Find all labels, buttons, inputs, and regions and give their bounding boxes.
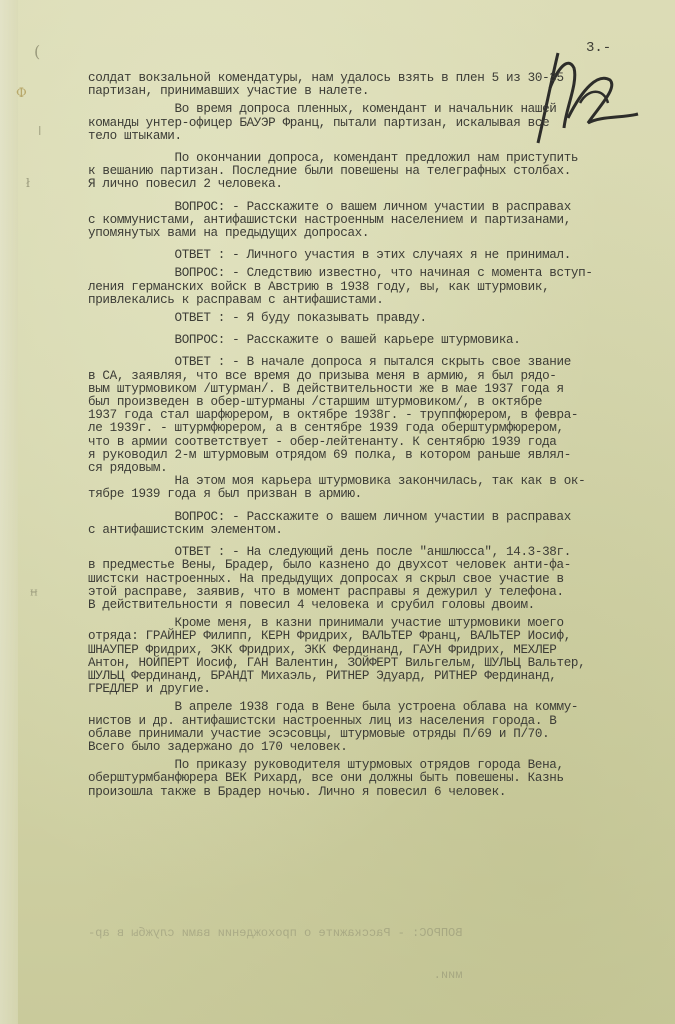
text-line: ОТВЕТ : - В начале допроса я пытался скр…	[88, 356, 668, 369]
text-line: ОТВЕТ : - Личного участия в этих случаях…	[88, 249, 668, 262]
margin-mark: ǀ	[38, 124, 42, 138]
text-line: облаве принимали участие эсэсовцы, штурм…	[88, 728, 668, 741]
text-line: нистов и др. антифашистски настроенных л…	[88, 715, 668, 728]
question-paragraph: ВОПРОС: - Расскажите о вашей карьере шту…	[88, 334, 668, 347]
answer-paragraph: ОТВЕТ : - Я буду показывать правду.	[88, 312, 668, 325]
text-line: Антон, НОЙПЕРТ Иосиф, ГАН Валентин, ЗОЙФ…	[88, 657, 668, 670]
text-line: ОТВЕТ : - Я буду показывать правду.	[88, 312, 668, 325]
text-line: мии.	[88, 968, 462, 982]
paragraph: По окончании допроса, комендант предложи…	[88, 152, 668, 192]
text-line: партизан, принимавших участие в налете.	[88, 85, 668, 98]
text-line: привлекались к расправам с антифашистами…	[88, 294, 668, 307]
answer-paragraph: ОТВЕТ : - В начале допроса я пытался скр…	[88, 356, 668, 475]
text-line: ГРЕДЛЕР и другие.	[88, 683, 668, 696]
text-line: этой расправе, заявив, что в момент расп…	[88, 586, 668, 599]
answer-paragraph: ОТВЕТ : - На следующий день после "аншлю…	[88, 546, 668, 612]
text-line: ВОПРОС: - Расскажите о вашем личном учас…	[88, 201, 668, 214]
text-line: с антифашистским элементом.	[88, 524, 668, 537]
text-line: ШНАУПЕР Фридрих, ЭКК Фридрих, ЭКК Фердин…	[88, 644, 668, 657]
text-line: в предместье Вены, Брадер, было казнено …	[88, 559, 668, 572]
text-line: команды унтер-офицер БАУЭР Франц, пытали…	[88, 117, 668, 130]
text-line: ВОПРОС: - Расскажите о вашей карьере шту…	[88, 334, 668, 347]
text-line: отряда: ГРАЙНЕР Филипп, КЕРН Фридрих, ВА…	[88, 630, 668, 643]
text-line: в СА, заявляя, что все время до призыва …	[88, 370, 668, 383]
text-line: произошла также в Брадер ночью. Лично я …	[88, 786, 668, 799]
question-paragraph: ВОПРОС: - Следствию известно, что начина…	[88, 267, 668, 307]
margin-mark: ł	[26, 176, 30, 190]
document-page: ( Ф ǀ ł ꟸ 3.- солдат вокзальной комендат…	[0, 0, 675, 1024]
text-line: оберштурмбанфюрера ВЕК Рихард, все они д…	[88, 772, 668, 785]
paragraph: солдат вокзальной комендатуры, нам удало…	[88, 72, 668, 98]
text-line: что в армии соответствует - обер-лейтена…	[88, 436, 668, 449]
question-paragraph: ВОПРОС: - Расскажите о вашем личном учас…	[88, 201, 668, 241]
text-line: Всего было задержано до 170 человек.	[88, 741, 668, 754]
text-line: ВОПРОС: - Расскажите о вашем личном учас…	[88, 511, 668, 524]
text-line: В действительности я повесил 4 человека …	[88, 599, 668, 612]
text-line: шистски настроенных. На предыдущих допро…	[88, 573, 668, 586]
text-line: ле 1939г. - штурмфюрером, а в сентябре 1…	[88, 422, 668, 435]
text-line: упомянутых вами на предыдущих допросах.	[88, 227, 668, 240]
bleed-through-text: ВОПРОС: - Расскажите о прохождении вами …	[88, 898, 462, 1010]
text-line: Я лично повесил 2 человека.	[88, 178, 668, 191]
paragraph: В апреле 1938 года в Вене была устроена …	[88, 701, 668, 754]
document-body: солдат вокзальной комендатуры, нам удало…	[88, 72, 668, 799]
text-line: тябре 1939 года я был призван в армию.	[88, 488, 668, 501]
text-line: ления германских войск в Австрию в 1938 …	[88, 281, 668, 294]
paragraph: Во время допроса пленных, комендант и на…	[88, 103, 668, 143]
answer-paragraph: ОТВЕТ : - Личного участия в этих случаях…	[88, 249, 668, 262]
text-line: В апреле 1938 года в Вене была устроена …	[88, 701, 668, 714]
margin-mark: (	[34, 42, 40, 61]
text-line: ВОПРОС: - Следствию известно, что начина…	[88, 267, 668, 280]
paragraph: По приказу руководителя штурмовых отрядо…	[88, 759, 668, 799]
paragraph: Кроме меня, в казни принимали участие шт…	[88, 617, 668, 696]
question-paragraph: ВОПРОС: - Расскажите о вашем личном учас…	[88, 511, 668, 537]
paragraph: На этом моя карьера штурмовика закончила…	[88, 475, 668, 501]
text-line: Во время допроса пленных, комендант и на…	[88, 103, 668, 116]
margin-mark: ꟸ	[30, 588, 38, 604]
text-line: ВОПРОС: - Расскажите о прохождении вами …	[88, 926, 462, 940]
text-line: я руководил 2-м штурмовым отрядом 69 пол…	[88, 449, 668, 462]
paper-edge	[0, 0, 18, 1024]
margin-mark: Ф	[16, 86, 27, 101]
text-line: тело штыками.	[88, 130, 668, 143]
